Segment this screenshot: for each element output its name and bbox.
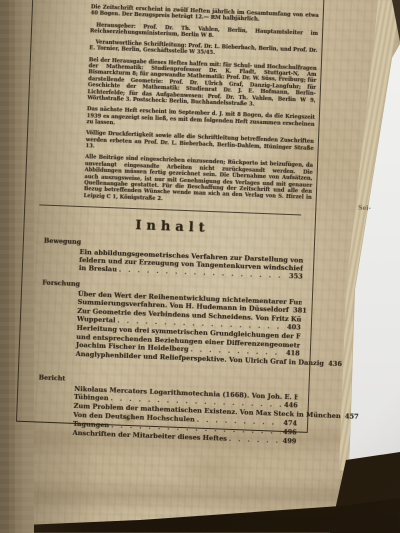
page-number: 474 xyxy=(283,419,297,428)
page-number: 403 xyxy=(287,323,301,332)
imprint-block: Die Zeitschrift erscheint in zwölf Hefte… xyxy=(84,4,319,208)
page-number: 353 xyxy=(289,272,303,281)
page-column-label: Sei- xyxy=(358,205,371,212)
page-number: 446 xyxy=(284,401,298,410)
book-photo: Die Zeitschrift erscheint in zwölf Hefte… xyxy=(0,0,400,533)
printed-page-frame: Die Zeitschrift erscheint in zwölf Hefte… xyxy=(16,0,325,433)
imprint-paragraph: Das nächste Heft erscheint im September … xyxy=(86,106,315,134)
toc-heading: Inhalt xyxy=(52,215,292,239)
toc-entry-line: Tübingen xyxy=(74,393,109,402)
toc-sections: BewegungEin abbildungsgeometrisches Verf… xyxy=(16,237,313,447)
page-number: 436 xyxy=(328,360,342,369)
toc-divider-rule xyxy=(39,205,301,216)
toc-section: BewegungEin abbildungsgeometrisches Verf… xyxy=(23,237,314,282)
toc-entry-line: in Breslau xyxy=(79,264,117,274)
toc-section: ForschungÜber den Wert der Reihenentwick… xyxy=(19,279,312,368)
imprint-paragraph: Bei der Herausgabe dieses Heftes halfen … xyxy=(87,57,317,111)
page-number: 496 xyxy=(283,428,297,437)
imprint-paragraph: Völlige Druckfertigkeit sowie alle die S… xyxy=(85,130,314,158)
page-number: 499 xyxy=(282,437,296,446)
imprint-paragraph: Alle Beiträge sind eingeschrieben einzus… xyxy=(84,154,314,208)
toc-entry-line: Wuppertal xyxy=(77,315,116,325)
page-number: 457 xyxy=(345,412,359,421)
page-number: 381 xyxy=(293,306,307,315)
toc-section: BerichtNikolaus Mercators Logarithmotech… xyxy=(16,374,308,448)
page-number: 418 xyxy=(286,349,300,358)
